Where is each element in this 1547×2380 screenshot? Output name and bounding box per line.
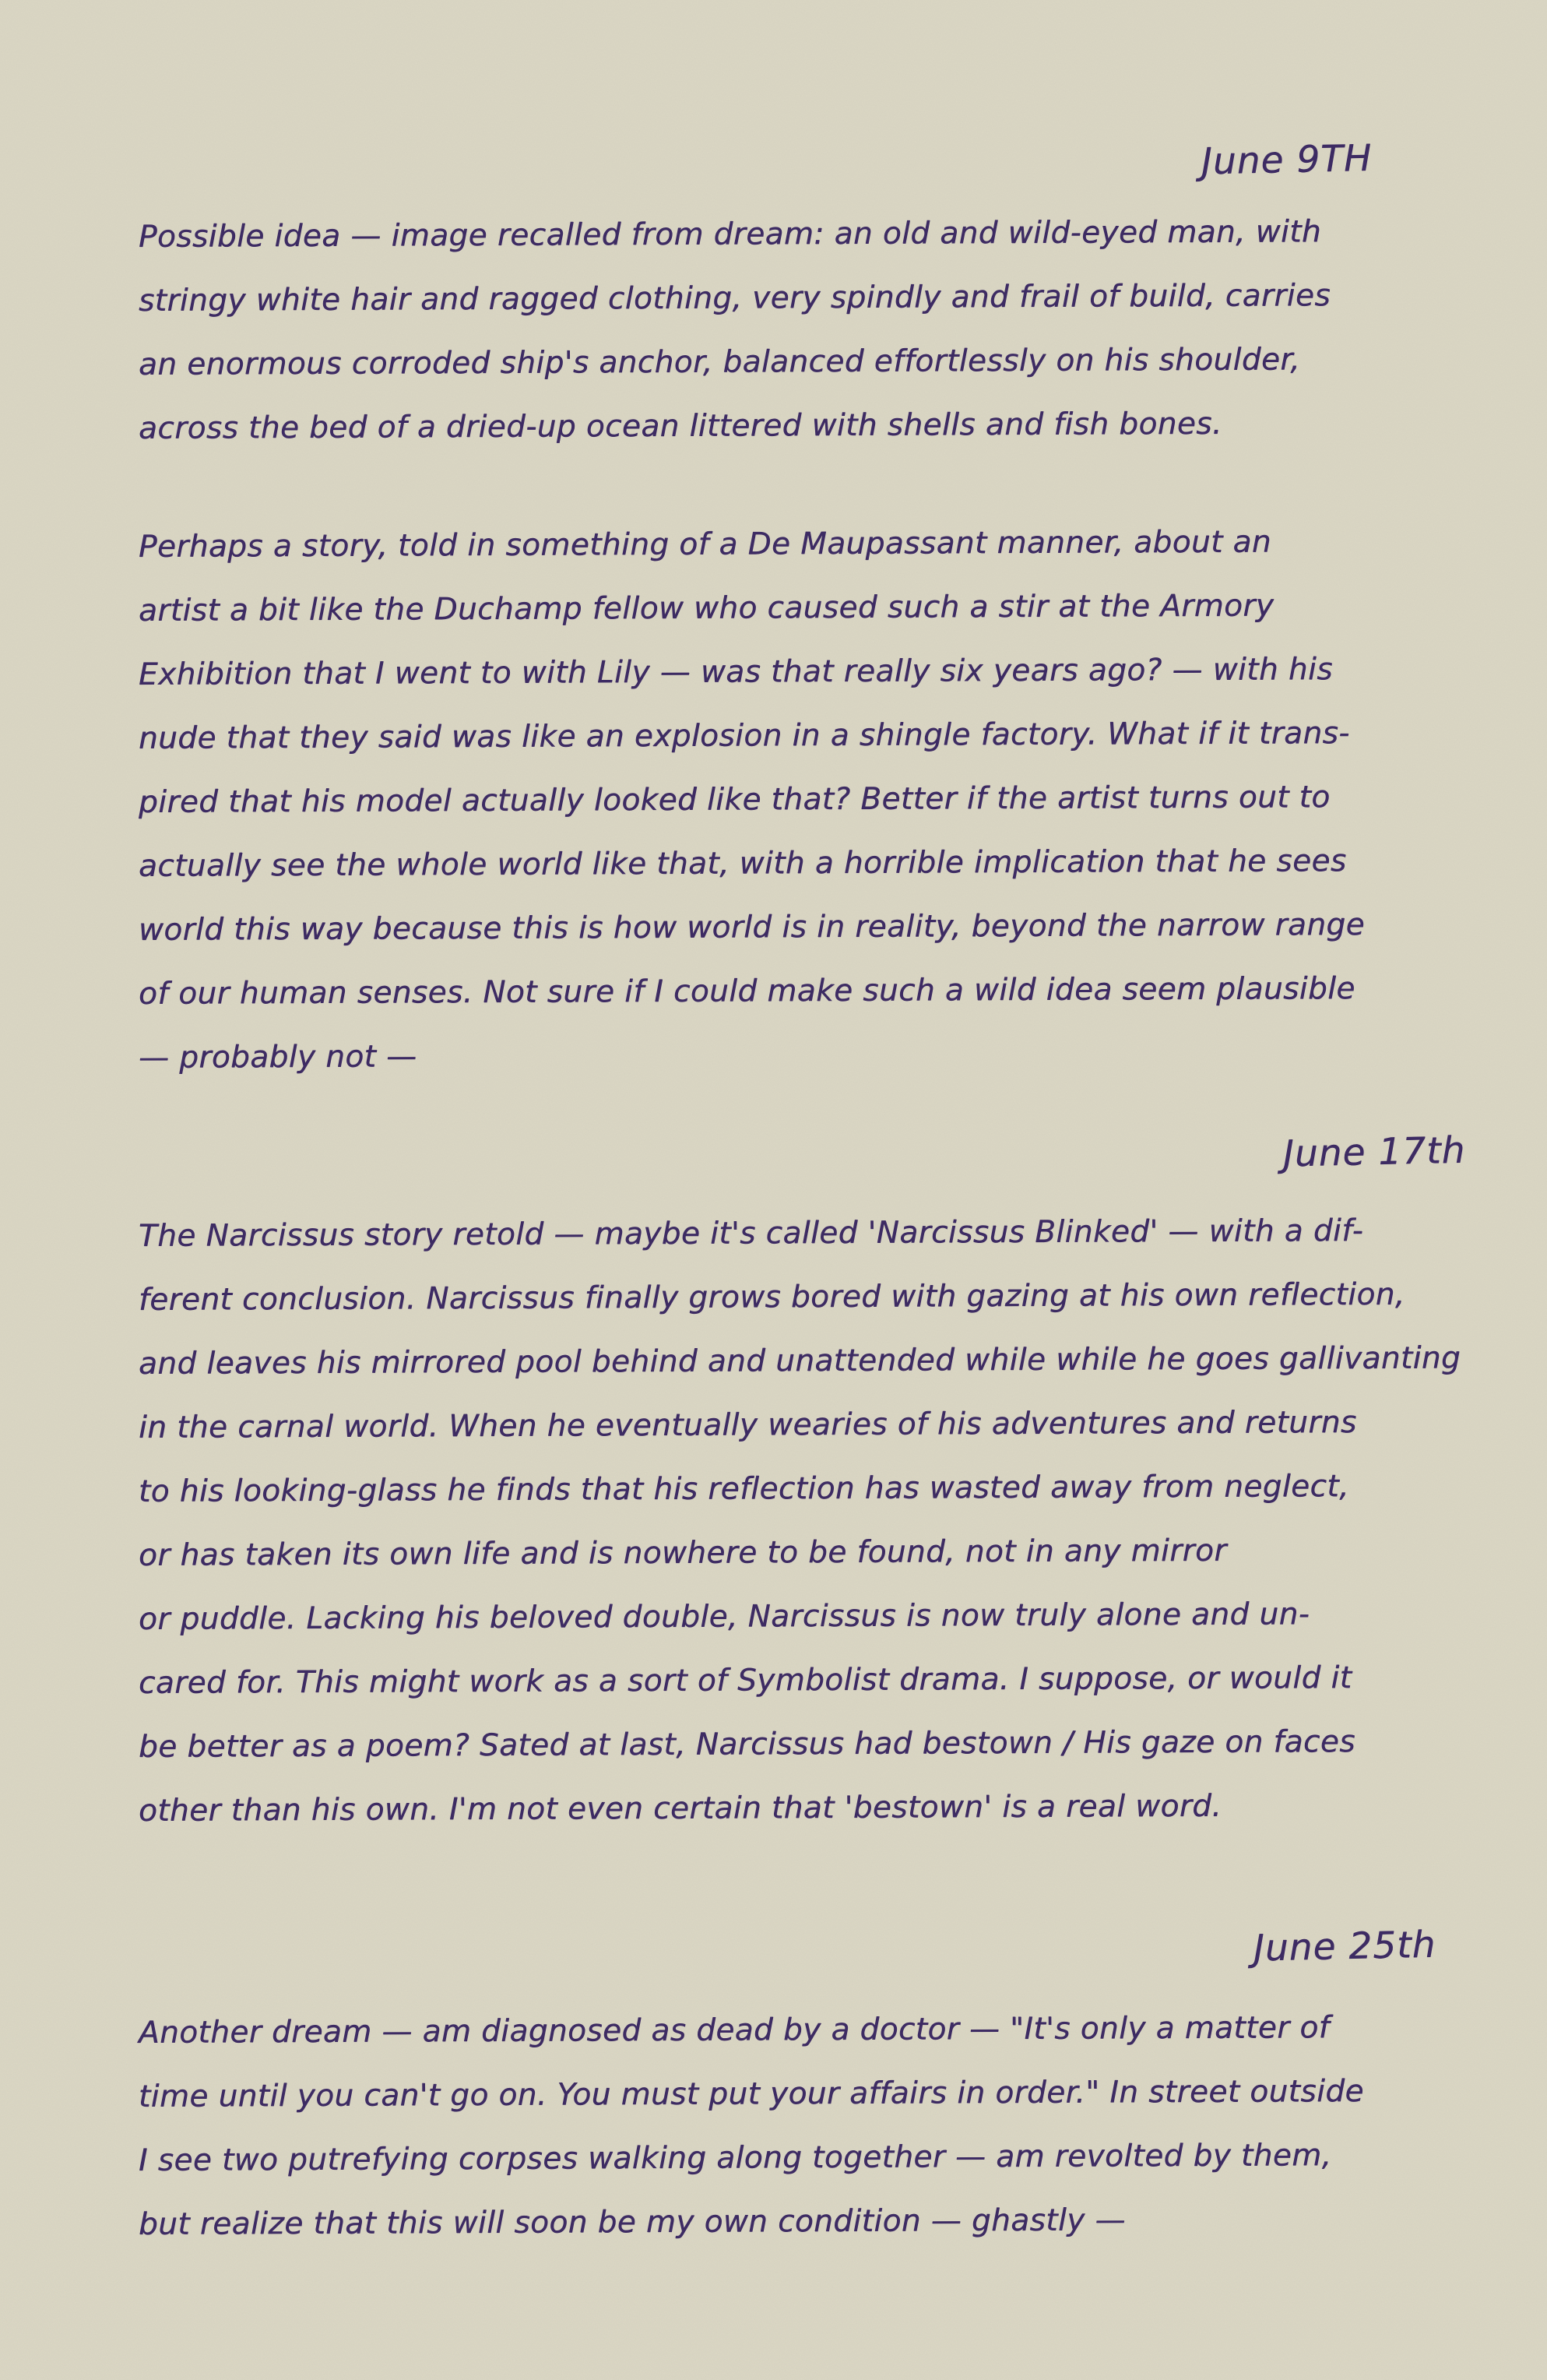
journal-line: of our human senses. Not sure if I could… [139, 956, 1503, 1026]
entry-paragraph: The Narcissus story retold — maybe it's … [139, 1202, 1503, 1840]
journal-line: be better as a poem? Sated at last, Narc… [139, 1709, 1503, 1780]
entry-paragraph: Another dream — am diagnosed as dead by … [139, 1998, 1503, 2254]
journal-line: stringy white hair and ragged clothing, … [139, 263, 1503, 333]
journal-line: an enormous corroded ship's anchor, bala… [139, 327, 1503, 397]
journal-line: in the carnal world. When he eventually … [139, 1390, 1503, 1460]
journal-line: world this way because this is how world… [139, 892, 1503, 963]
journal-line: to his looking-glass he finds that his r… [139, 1454, 1503, 1524]
journal-line: across the bed of a dried-up ocean litte… [139, 391, 1503, 461]
entry-date: June 25th [1253, 1924, 1436, 1970]
journal-line: Possible idea — image recalled from drea… [139, 199, 1503, 269]
journal-line: or has taken its own life and is nowhere… [139, 1518, 1503, 1588]
entry-date: June 9TH [1201, 137, 1372, 184]
journal-content: June 9TH Possible idea — image recalled … [0, 0, 1547, 2380]
journal-line: The Narcissus story retold — maybe it's … [139, 1199, 1503, 1269]
journal-line: — probably not — [139, 1020, 1503, 1090]
journal-line: but realize that this will soon be my ow… [139, 2187, 1503, 2257]
journal-line: actually see the whole world like that, … [139, 829, 1503, 899]
journal-line: pired that his model actually looked lik… [139, 765, 1503, 835]
journal-line: nude that they said was like an explosio… [139, 701, 1503, 771]
entry-date: June 17th [1282, 1129, 1465, 1176]
entry-paragraph: Possible idea — image recalled from drea… [139, 202, 1503, 458]
entry-paragraph: Perhaps a story, told in something of a … [139, 512, 1503, 1087]
journal-line: Perhaps a story, told in something of a … [139, 509, 1503, 579]
journal-page: June 9TH Possible idea — image recalled … [0, 0, 1547, 2380]
journal-line: Another dream — am diagnosed as dead by … [139, 1995, 1503, 2065]
journal-line: and leaves his mirrored pool behind and … [139, 1326, 1503, 1396]
journal-line: artist a bit like the Duchamp fellow who… [139, 573, 1503, 643]
journal-line: or puddle. Lacking his beloved double, N… [139, 1582, 1503, 1652]
journal-line: cared for. This might work as a sort of … [139, 1646, 1503, 1716]
journal-line: ferent conclusion. Narcissus finally gro… [139, 1262, 1503, 1333]
journal-line: Exhibition that I went to with Lily — wa… [139, 637, 1503, 707]
journal-line: time until you can't go on. You must put… [139, 2059, 1503, 2129]
journal-line: I see two putrefying corpses walking alo… [139, 2123, 1503, 2193]
journal-line: other than his own. I'm not even certain… [139, 1773, 1503, 1843]
